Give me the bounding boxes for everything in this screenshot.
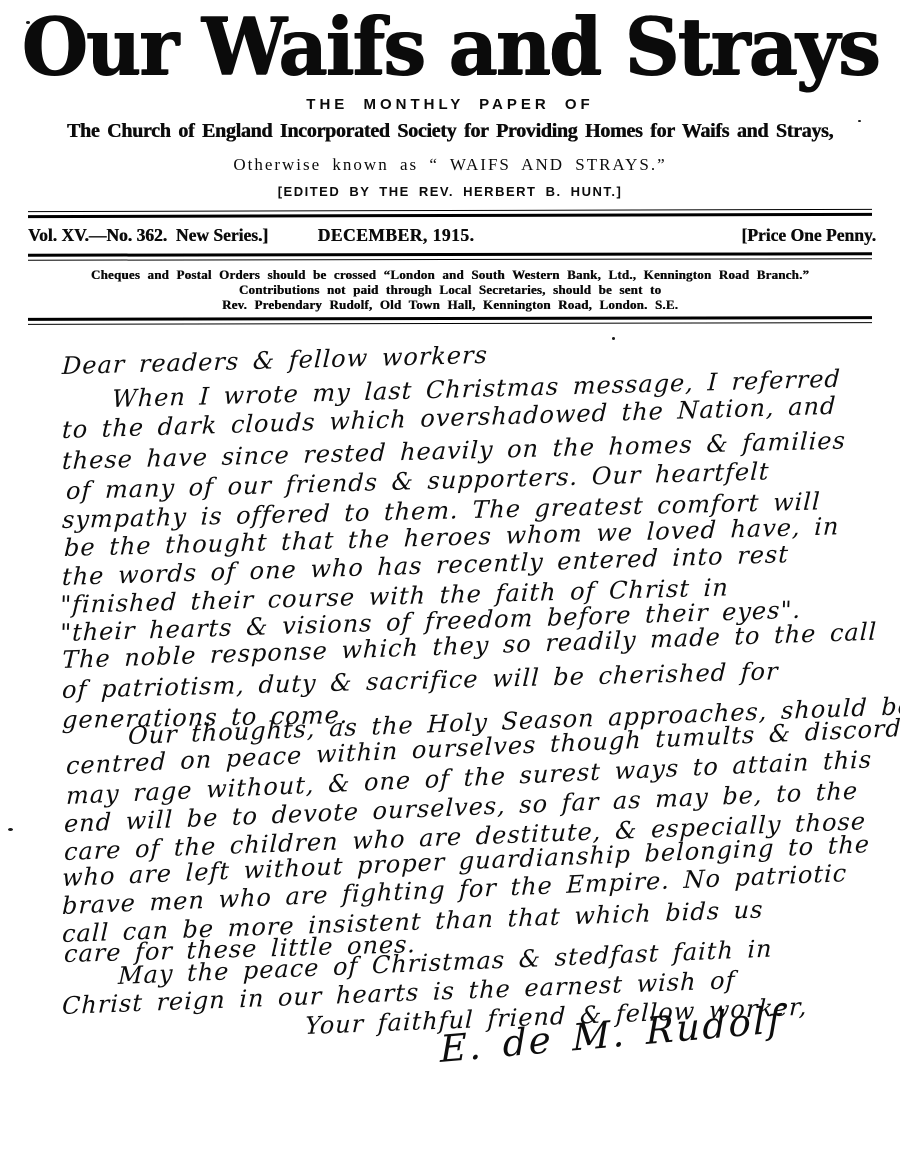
payment-notice: Cheques and Postal Orders should be cros… xyxy=(10,267,890,312)
notice-line-cheques: Cheques and Postal Orders should be cros… xyxy=(10,267,890,282)
notice-line-contributions: Contributions not paid through Local Sec… xyxy=(10,282,890,297)
scan-speck xyxy=(8,828,13,831)
scan-speck xyxy=(858,120,861,122)
issue-price: [Price One Penny. xyxy=(741,225,876,246)
divider-rule-middle xyxy=(28,252,872,260)
handwritten-letter: Dear readers & fellow workers When I wro… xyxy=(0,340,900,1171)
divider-rule-bottom xyxy=(28,316,872,325)
subtitle-otherwise-known: Otherwise known as “ WAIFS AND STRAYS.” xyxy=(0,155,900,175)
scan-speck xyxy=(612,337,615,340)
letter-salutation: Dear readers & fellow workers xyxy=(62,341,489,380)
scan-speck xyxy=(26,21,30,24)
notice-line-address: Rev. Prebendary Rudolf, Old Town Hall, K… xyxy=(10,297,890,312)
masthead-title: Our Waifs and Strays xyxy=(0,0,900,90)
subtitle-society-name: The Church of England Incorporated Socie… xyxy=(0,119,900,143)
subtitle-monthly-paper: THE MONTHLY PAPER OF xyxy=(0,96,900,113)
issue-info-row: Vol. XV.—No. 362. New Series.] DECEMBER,… xyxy=(0,217,900,253)
issue-date: DECEMBER, 1915. xyxy=(318,225,475,246)
volume-number: Vol. XV.—No. 362. New Series.] xyxy=(28,225,268,245)
scanned-page: Our Waifs and Strays THE MONTHLY PAPER O… xyxy=(0,0,900,1171)
subtitle-editor-credit: [EDITED BY THE REV. HERBERT B. HUNT.] xyxy=(0,183,900,201)
